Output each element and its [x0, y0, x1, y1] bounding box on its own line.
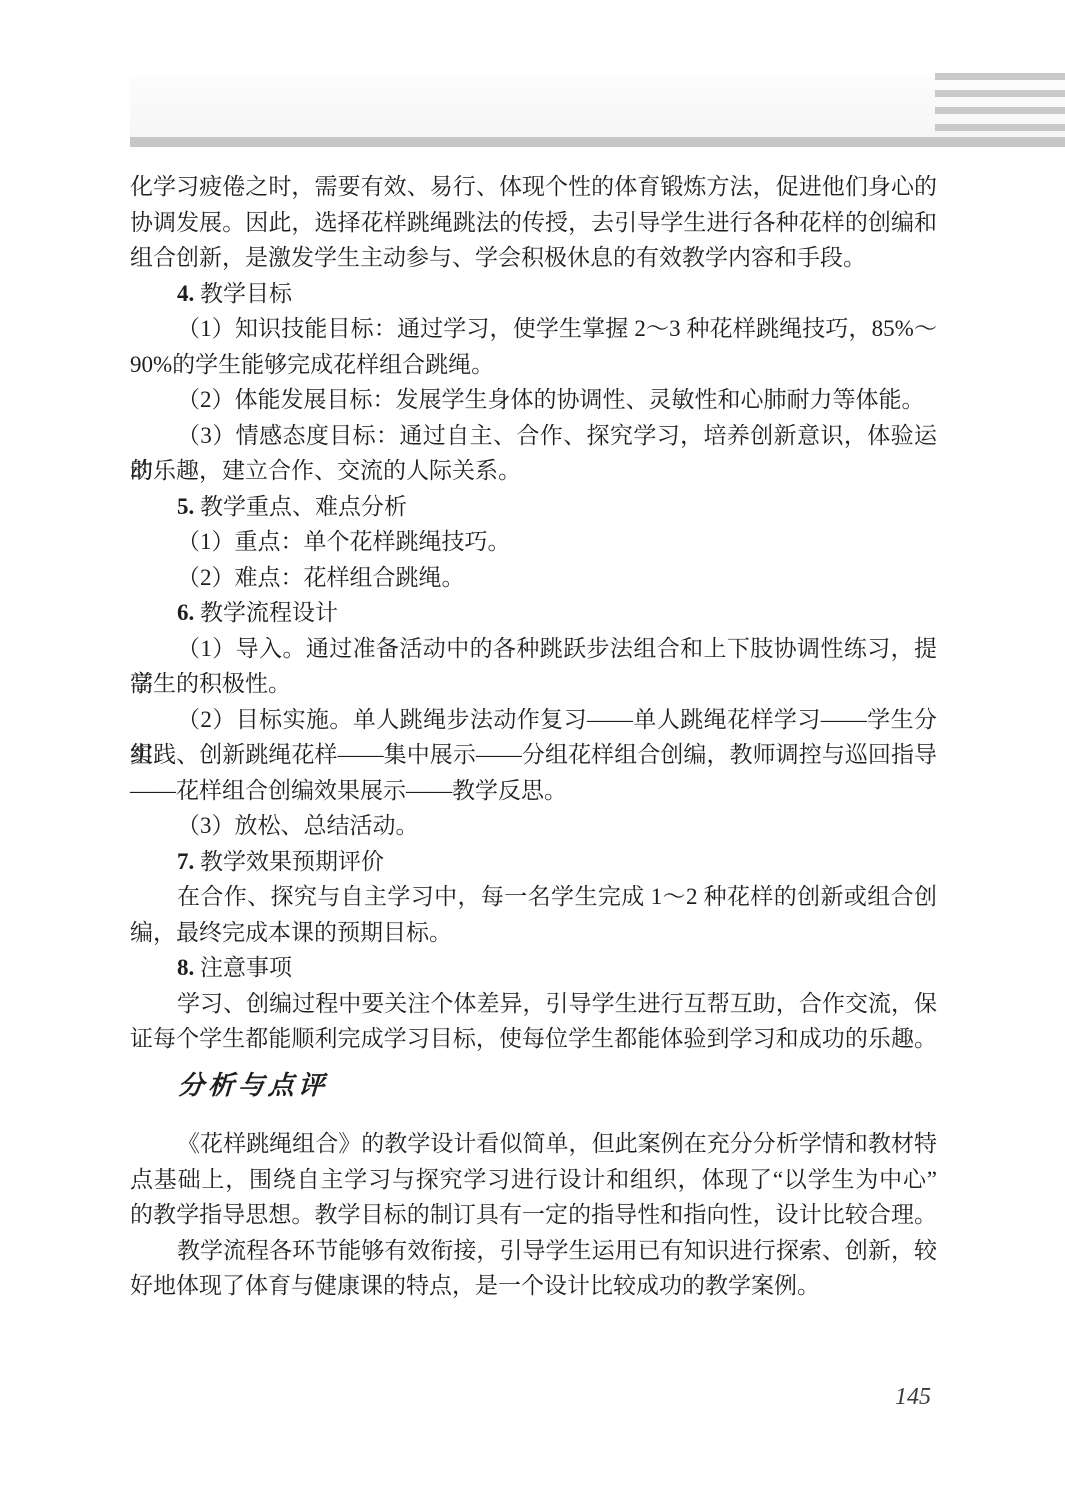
- text-line: （1）重点：单个花样跳绳技巧。: [130, 524, 937, 560]
- text-line: （2）体能发展目标：发展学生身体的协调性、灵敏性和心肺耐力等体能。: [130, 382, 937, 418]
- text-line: 《花样跳绳组合》的教学设计看似简单，但此案例在充分分析学情和教材特: [130, 1126, 937, 1162]
- text-line: 学生的积极性。: [130, 666, 937, 702]
- list-number: 7.: [177, 849, 194, 874]
- text-line: 教学流程各环节能够有效衔接，引导学生运用已有知识进行探索、创新，较: [130, 1233, 937, 1269]
- text-line: 6. 教学流程设计: [130, 595, 937, 631]
- header-stripes-decoration: [935, 73, 1065, 141]
- text-line: 协调发展。因此，选择花样跳绳跳法的传授，去引导学生进行各种花样的创编和: [130, 205, 937, 241]
- text-line: 4. 教学目标: [130, 276, 937, 312]
- header-stripe: [935, 90, 1065, 97]
- section-heading: 分析与点评: [129, 1071, 938, 1101]
- list-number: 6.: [177, 600, 194, 625]
- text-line: （2）难点：花样组合跳绳。: [130, 560, 937, 596]
- commentary-text: 《花样跳绳组合》的教学设计看似简单，但此案例在充分分析学情和教材特点基础上，围绕…: [130, 1126, 937, 1304]
- text-line: 化学习疲倦之时，需要有效、易行、体现个性的体育锻炼方法，促进他们身心的: [130, 169, 937, 205]
- text-line: 在合作、探究与自主学习中，每一名学生完成 1～2 种花样的创新或组合创: [130, 879, 937, 915]
- header-stripe: [935, 124, 1065, 131]
- page-number: 145: [130, 1383, 937, 1411]
- text-line: （3）情感态度目标：通过自主、合作、探究学习，培养创新意识，体验运动: [130, 418, 937, 454]
- text-line: （1）导入。通过准备活动中的各种跳跃步法组合和上下肢协调性练习，提高: [130, 631, 937, 667]
- text-line: 90%的学生能够完成花样组合跳绳。: [130, 347, 937, 383]
- text-line: 实践、创新跳绳花样——集中展示——分组花样组合创编，教师调控与巡回指导: [130, 737, 937, 773]
- text-line: 5. 教学重点、难点分析: [130, 489, 937, 525]
- text-line: （1）知识技能目标：通过学习，使学生掌握 2～3 种花样跳绳技巧，85%～: [130, 311, 937, 347]
- list-number: 5.: [177, 494, 194, 519]
- text-line: （3）放松、总结活动。: [130, 808, 937, 844]
- text-line: ——花样组合创编效果展示——教学反思。: [130, 773, 937, 809]
- text-line: 点基础上，围绕自主学习与探究学习进行设计和组织，体现了“以学生为中心”: [130, 1162, 937, 1198]
- document-page: 化学习疲倦之时，需要有效、易行、体现个性的体育锻炼方法，促进他们身心的协调发展。…: [0, 0, 1065, 1507]
- text-line: 学习、创编过程中要关注个体差异，引导学生进行互帮互助，合作交流，保: [130, 986, 937, 1022]
- header-background: [130, 77, 1065, 137]
- text-line: 好地体现了体育与健康课的特点，是一个设计比较成功的教学案例。: [130, 1268, 937, 1304]
- body-text: 化学习疲倦之时，需要有效、易行、体现个性的体育锻炼方法，促进他们身心的协调发展。…: [130, 169, 937, 1057]
- text-line: 的教学指导思想。教学目标的制订具有一定的指导性和指向性，设计比较合理。: [130, 1197, 937, 1233]
- text-line: （2）目标实施。单人跳绳步法动作复习——单人跳绳花样学习——学生分组: [130, 702, 937, 738]
- header-stripe: [935, 107, 1065, 114]
- text-line: 7. 教学效果预期评价: [130, 844, 937, 880]
- list-number: 8.: [177, 955, 194, 980]
- header-band: [130, 137, 1065, 147]
- text-line: 的乐趣，建立合作、交流的人际关系。: [130, 453, 937, 489]
- text-line: 编，最终完成本课的预期目标。: [130, 915, 937, 951]
- text-line: 组合创新，是激发学生主动参与、学会积极休息的有效教学内容和手段。: [130, 240, 937, 276]
- text-line: 证每个学生都能顺利完成学习目标，使每位学生都能体验到学习和成功的乐趣。: [130, 1021, 937, 1057]
- header-stripe: [935, 73, 1065, 80]
- list-number: 4.: [177, 281, 194, 306]
- text-line: 8. 注意事项: [130, 950, 937, 986]
